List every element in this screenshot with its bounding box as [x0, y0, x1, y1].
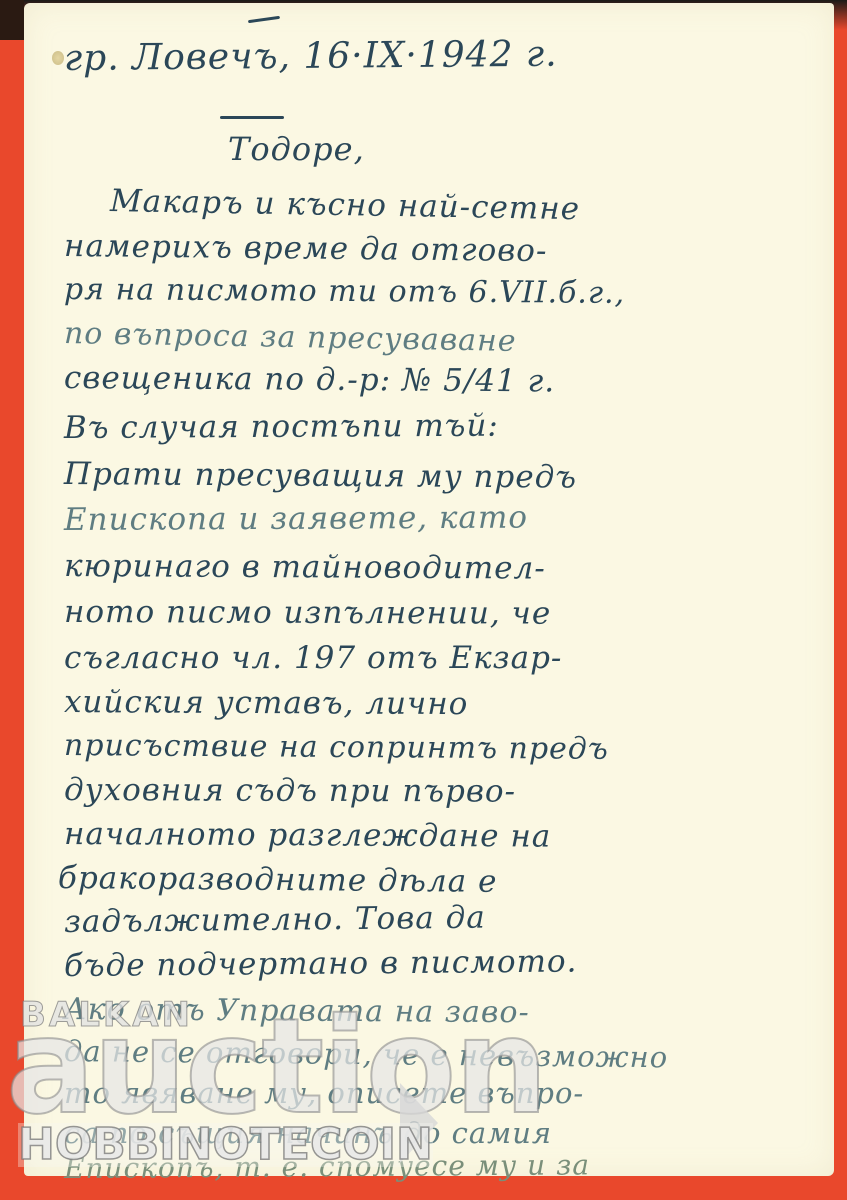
punch-hole — [52, 51, 64, 65]
letter-line: задължително. Това да — [64, 900, 486, 940]
letter-line: намерихъ време да отгово- — [64, 228, 548, 269]
letter-line: са по същия начинъ до самия — [64, 1116, 552, 1150]
letter-line: бъде подчертано в писмото. — [64, 944, 578, 984]
letter-line: свещеника по д.-р: № 5/41 г. — [64, 360, 555, 399]
letter-line: да не се отговори, че е невъзможно — [64, 1034, 669, 1074]
salutation: Тодоре, — [228, 130, 365, 168]
letter-line: ното писмо изпълнении, че — [64, 594, 551, 632]
letter-line: Въ случая постъпи тъй: — [64, 408, 499, 446]
place-date: гр. Ловечъ, 16·IX·1942 г. — [64, 34, 558, 79]
letter-line: Епископъ, т. е. спомуесе му и за — [64, 1148, 590, 1185]
letter-line: Ако отъ Управата на заво- — [64, 992, 530, 1030]
letter-line: хийския уставъ, лично — [64, 684, 469, 722]
letter-line: духовния съдъ при първо- — [64, 772, 516, 810]
letter-line: началното разглеждане на — [64, 816, 551, 855]
background-corner — [0, 0, 24, 40]
letter-line: ря на писмото ти отъ 6.VII.б.г., — [64, 272, 625, 311]
letter-line: то явяване му, описете въпро- — [64, 1076, 584, 1110]
letter-line: кюринаго в тайноводител- — [64, 548, 546, 587]
letter-line: Епископа и заявете, като — [64, 500, 528, 538]
salutation-overline — [220, 116, 284, 119]
letter-line: бракоразводните дѣла е — [58, 860, 498, 900]
letter-line: Прати пресуващия му предъ — [64, 456, 577, 496]
letter-line: присъствие на сопринтъ предъ — [64, 728, 609, 767]
letter-line: съгласно чл. 197 отъ Екзар- — [64, 640, 562, 676]
